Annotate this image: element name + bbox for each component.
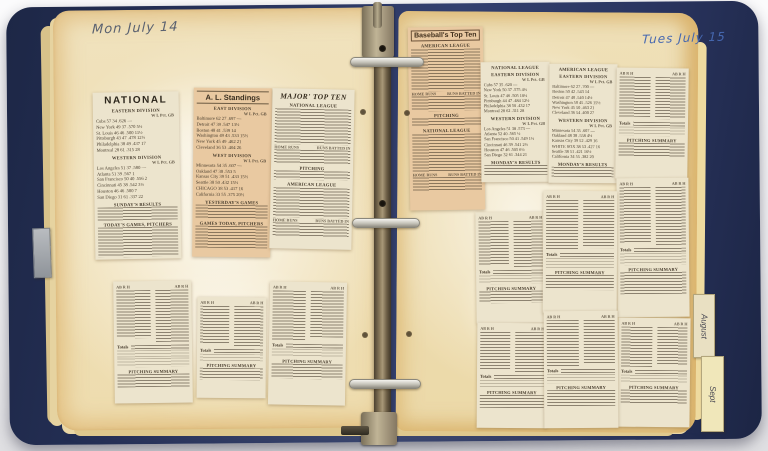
- clipping-national-standings: NATIONAL EASTERN DIVISION W L Pct. GB Cu…: [93, 91, 182, 259]
- totals-figures: [633, 121, 685, 126]
- scrapbook-photo: Mon July 14 NATIONAL EASTERN DIVISION W …: [0, 0, 768, 451]
- pitching-lines: [271, 363, 342, 379]
- home-runs-header: HOME RUNS: [274, 144, 299, 150]
- batter-columns: [621, 327, 687, 368]
- index-tab-august: August: [693, 294, 715, 358]
- totals-label: Totals: [620, 247, 631, 252]
- totals-figures: [561, 368, 615, 372]
- clipping-title: NATIONAL LEAGUE: [484, 65, 547, 70]
- rbi-header: RUNS BATTED IN: [317, 145, 351, 151]
- game-notes: [619, 127, 685, 137]
- ab-r-h-header: AB R H: [175, 284, 189, 289]
- box-score-headers: AB R H AB R H: [621, 321, 687, 327]
- line-score: [272, 348, 343, 357]
- pitching-summary-header: PITCHING SUMMARY: [200, 363, 263, 369]
- leaders-list: [274, 149, 350, 165]
- batter-columns: [200, 306, 263, 347]
- column-header: W L Pct. GB: [552, 79, 614, 85]
- pitching-lines: [619, 143, 685, 158]
- box-score-headers: AB R H AB R H: [620, 71, 686, 77]
- pitching-lines: [547, 390, 615, 406]
- fine-print: [196, 204, 268, 219]
- column-header: W L Pct. GB: [197, 111, 269, 117]
- totals-figures: [560, 252, 614, 256]
- rbi-header: RUNS BATTED IN: [315, 218, 349, 224]
- binder-ring-top: [350, 57, 424, 67]
- totals-figures: [494, 374, 544, 378]
- clipping-box-score: AB R H AB R H Totals PITCHING SUMMARY: [475, 212, 546, 324]
- batters-left: [480, 332, 510, 370]
- pitching-summary-header: PITCHING SUMMARY: [479, 286, 543, 292]
- batters-left: [272, 290, 306, 341]
- totals-label: Totals: [117, 344, 128, 349]
- box-score-headers: AB R H AB R H: [478, 215, 542, 221]
- totals-figures: [493, 269, 543, 274]
- ab-r-h-header: AB R H: [674, 321, 688, 326]
- batting-leaders: [411, 49, 481, 92]
- batter-columns: [116, 290, 189, 343]
- batters-right: [583, 320, 615, 364]
- rbi-header: RUNS BATTED IN: [447, 91, 481, 96]
- clipping-baseballs-top-ten: Baseball's Top Ten AMERICAN LEAGUE HOME …: [408, 26, 486, 210]
- standings-rows-east: Baltimore 62 27 .700 —Boston 50 42 .543 …: [552, 84, 614, 116]
- binder-top-mechanism: [362, 6, 394, 58]
- clipping-title: MAJOR' TOP TEN: [275, 91, 351, 102]
- ab-r-h-header: AB R H: [620, 71, 634, 76]
- batters-right: [655, 187, 686, 245]
- box-score-headers: AB R H AB R H: [546, 194, 614, 199]
- pitching-lines: [117, 373, 189, 387]
- ab-r-h-header: AB R H: [531, 326, 545, 331]
- clipping-box-score: AB R H AB R H Totals PITCHING SUMMARY: [477, 323, 548, 428]
- pitching-summary-header: PITCHING SUMMARY: [621, 385, 687, 391]
- batters-right: [155, 290, 189, 342]
- clipping-title: A. L. Standings: [197, 91, 269, 105]
- results-header: MONDAY'S RESULTS: [484, 159, 547, 164]
- ab-r-h-header: AB R H: [200, 300, 214, 305]
- clipping-title: Baseball's Top Ten: [411, 30, 480, 42]
- batter-columns: [619, 187, 686, 246]
- standings-rows-east: Cubs 57 35 .620 —New York 50 37 .575 4½S…: [484, 82, 547, 114]
- totals-row: Totals: [479, 269, 543, 275]
- clipping-box-score: AB R H AB R H Totals PITCHING SUMMARY: [113, 280, 193, 403]
- standings-row: California 34 55 .382 20: [552, 154, 614, 160]
- clipping-major-top-ten: MAJOR' TOP TEN NATIONAL LEAGUE HOME RUNS…: [269, 88, 354, 250]
- pitching-summary-header: PITCHING SUMMARY: [480, 390, 544, 395]
- batters-right: [310, 291, 344, 338]
- box-score-headers: AB R H AB R H: [200, 300, 263, 306]
- league-header: AMERICAN LEAGUE: [411, 43, 480, 49]
- ab-r-h-header: AB R H: [273, 284, 287, 289]
- batters-right: [515, 332, 545, 372]
- punch-hole: [406, 331, 412, 337]
- totals-label: Totals: [619, 121, 630, 126]
- results-header: MONDAY'S RESULTS: [552, 161, 614, 167]
- totals-figures: [634, 247, 686, 251]
- ab-r-h-header: AB R H: [546, 194, 560, 199]
- leaders-list: [274, 170, 350, 181]
- fine-print: [98, 206, 178, 220]
- ab-r-h-header: AB R H: [250, 300, 264, 305]
- standings-rows-west: Los Angeles 51 37 .580 —Atlanta 51 39 .5…: [97, 164, 178, 200]
- pitching-lines: [620, 272, 686, 295]
- leaders-list: [412, 118, 481, 127]
- game-notes: [621, 375, 687, 384]
- totals-label: Totals: [547, 368, 558, 373]
- pitching-summary-header: PITCHING SUMMARY: [546, 270, 614, 275]
- batter-columns: [619, 77, 686, 120]
- standings-row: Montreal 28 61 .315 28: [97, 146, 177, 153]
- batters-left: [546, 200, 578, 250]
- totals-row: Totals: [117, 343, 189, 349]
- batter-columns: [547, 320, 615, 366]
- ab-r-h-header: AB R H: [478, 215, 492, 220]
- leaders-list: [413, 177, 482, 192]
- game-notes: [479, 275, 543, 285]
- ab-r-h-header: AB R H: [672, 181, 686, 186]
- totals-label: Totals: [480, 374, 491, 379]
- spine-rivet: [379, 45, 386, 52]
- batters-left: [200, 306, 229, 344]
- handwritten-date-left: Mon July 14: [92, 19, 179, 37]
- standings-row: Montreal 28 62 .311 28: [484, 108, 547, 114]
- totals-row: Totals: [546, 252, 614, 257]
- spine-rivet: [379, 200, 386, 207]
- clipping-al-standings: A. L. Standings EAST DIVISION W L Pct. G…: [192, 88, 272, 258]
- standings-rows-west: Minnesota 54 35 .607 —Oakland 48 38 .558…: [552, 128, 614, 160]
- punch-hole: [360, 109, 366, 115]
- standings-rows-west: Los Angeles 51 38 .573 —Atlanta 52 40 .5…: [484, 126, 547, 158]
- batters-left: [478, 221, 508, 265]
- batters-right: [657, 327, 688, 365]
- ab-r-h-header: AB R H: [330, 285, 344, 290]
- batters-left: [619, 187, 650, 243]
- pitching-lines: [546, 275, 614, 290]
- binder-bottom-mechanism: [361, 412, 397, 445]
- game-notes: [620, 253, 686, 266]
- box-score-headers: AB R H AB R H: [480, 326, 544, 331]
- pitching-summary-header: PITCHING SUMMARY: [547, 385, 615, 390]
- totals-label: Totals: [479, 269, 490, 274]
- pitching-lines: [621, 390, 687, 405]
- totals-label: Totals: [621, 369, 632, 374]
- batters-right: [513, 221, 543, 267]
- batters-right: [583, 200, 615, 248]
- batter-columns: [546, 200, 614, 250]
- totals-row: Totals: [619, 121, 685, 127]
- totals-label: Totals: [272, 342, 283, 347]
- clipping-box-score: AB R H AB R H Totals PITCHING SUMMARY: [268, 281, 347, 405]
- clipping-box-score: AB R H AB R H Totals PITCHING SUMMARY: [615, 68, 689, 180]
- clipping-title: NATIONAL: [96, 94, 176, 106]
- totals-figures: [214, 348, 263, 352]
- batter-columns: [478, 221, 543, 268]
- index-tab-sept: Sept: [701, 356, 724, 432]
- fine-print: [552, 166, 614, 177]
- line-score: [117, 349, 189, 357]
- standings-row: Cleveland 36 53 .404 26: [196, 145, 268, 152]
- totals-row: Totals: [200, 348, 263, 354]
- totals-figures: [131, 344, 189, 349]
- batter-columns: [272, 290, 344, 341]
- subsection-headers: HOME RUNS RUNS BATTED IN: [413, 172, 482, 178]
- totals-row: Totals: [547, 368, 615, 373]
- ab-r-h-header: AB R H: [621, 321, 635, 326]
- handwritten-date-right: Tues July 15: [642, 30, 726, 47]
- rbi-header: RUNS BATTED IN: [448, 172, 482, 177]
- batter-columns: [480, 332, 544, 372]
- punch-hole: [362, 332, 368, 338]
- game-notes: [547, 374, 615, 383]
- standings-row: Cleveland 36 54 .400 27: [552, 110, 614, 116]
- leaders-list: [412, 96, 481, 112]
- home-runs-header: HOME RUNS: [413, 172, 438, 177]
- pitching-summary-header: PITCHING SUMMARY: [620, 267, 686, 273]
- column-header: W L Pct. GB: [196, 157, 268, 163]
- line-score: [200, 354, 263, 362]
- home-runs-header: HOME RUNS: [412, 91, 437, 96]
- pitching-lines: [480, 395, 544, 408]
- punch-hole: [404, 110, 410, 116]
- totals-label: Totals: [200, 348, 211, 353]
- binder-ring-bottom: [349, 379, 421, 389]
- home-runs-header: HOME RUNS: [273, 217, 298, 223]
- standings-row: San Diego 31 61 .337 22: [97, 193, 177, 200]
- ab-r-h-header: AB R H: [529, 215, 543, 220]
- box-score-headers: AB R H AB R H: [619, 181, 685, 187]
- pitching-lines: [479, 291, 543, 304]
- standings-row: San Diego 32 61 .344 21: [484, 152, 547, 158]
- clipping-box-score: AB R H AB R H Totals PITCHING SUMMARY: [544, 311, 619, 429]
- batting-leaders: [275, 108, 352, 146]
- binder-ring-middle: [352, 218, 420, 228]
- clipping-box-score: AB R H AB R H Totals PITCHING SUMMARY: [616, 178, 689, 318]
- leaders-list: [273, 222, 349, 238]
- game-notes: [546, 258, 614, 268]
- game-notes: [117, 357, 189, 367]
- batters-right: [655, 77, 686, 119]
- column-header: W L Pct. GB: [484, 121, 547, 126]
- clipping-box-score: AB R H AB R H Totals PITCHING SUMMARY: [543, 191, 618, 313]
- pitching-summary-header: PITCHING SUMMARY: [619, 138, 685, 144]
- league-header: NATIONAL LEAGUE: [412, 128, 481, 134]
- clipping-box-score: AB R H AB R H Totals PITCHING SUMMARY: [197, 297, 267, 399]
- subsection-headers: HOME RUNS RUNS BATTED IN: [412, 91, 481, 97]
- clipping-box-score: AB R H AB R H Totals PITCHING SUMMARY: [617, 318, 690, 428]
- batting-leaders: [412, 134, 482, 173]
- batters-right: [234, 306, 263, 346]
- column-header: W L Pct. GB: [552, 123, 614, 129]
- metal-clip-tab: [32, 228, 52, 279]
- totals-label: Totals: [546, 252, 557, 257]
- batters-left: [619, 77, 650, 117]
- batting-leaders: [273, 187, 350, 219]
- clipping-nl-standings: NATIONAL LEAGUE EASTERN DIVISION W L Pct…: [481, 62, 551, 182]
- ab-r-h-header: AB R H: [601, 314, 615, 319]
- ab-r-h-header: AB R H: [480, 326, 494, 331]
- totals-row: Totals: [621, 369, 687, 375]
- standings-row: California 33 55 .375 20½: [196, 191, 268, 198]
- box-score-headers: AB R H AB R H: [547, 314, 615, 319]
- totals-row: Totals: [620, 247, 686, 253]
- fine-print: [195, 225, 267, 248]
- ab-r-h-header: AB R H: [672, 71, 686, 76]
- standings-rows-east: Cubs 57 34 .626 —New York 49 37 .570 5½S…: [96, 117, 177, 153]
- column-header: W L Pct. GB: [484, 77, 547, 82]
- totals-figures: [286, 343, 343, 348]
- batters-left: [621, 327, 652, 367]
- totals-row: Totals: [480, 374, 544, 379]
- standings-rows-east: Baltimore 62 27 .697 —Detroit 47 39 .547…: [196, 116, 268, 152]
- yesterdays-games-header: YESTERDAY'S GAMES: [196, 199, 268, 205]
- standings-rows-west: Minnesota 54 35 .607 —Oakland 47 38 .553…: [196, 162, 268, 198]
- fine-print: [98, 226, 179, 257]
- totals-figures: [635, 369, 687, 374]
- game-notes: [480, 380, 544, 388]
- clipping-title: AMERICAN LEAGUE: [552, 67, 614, 73]
- batters-left: [116, 290, 150, 338]
- ab-r-h-header: AB R H: [619, 181, 633, 186]
- fine-print: [484, 164, 547, 174]
- clipping-al-standings-right: AMERICAN LEAGUE EASTERN DIVISION W L Pct…: [548, 64, 617, 184]
- box-score-headers: AB R H AB R H: [116, 284, 188, 290]
- pitching-lines: [200, 368, 263, 381]
- ab-r-h-header: AB R H: [601, 194, 615, 199]
- games-today-header: GAMES TODAY, PITCHERS: [195, 220, 267, 226]
- ab-r-h-header: AB R H: [547, 314, 561, 319]
- ab-r-h-header: AB R H: [116, 284, 130, 289]
- batters-left: [547, 320, 579, 366]
